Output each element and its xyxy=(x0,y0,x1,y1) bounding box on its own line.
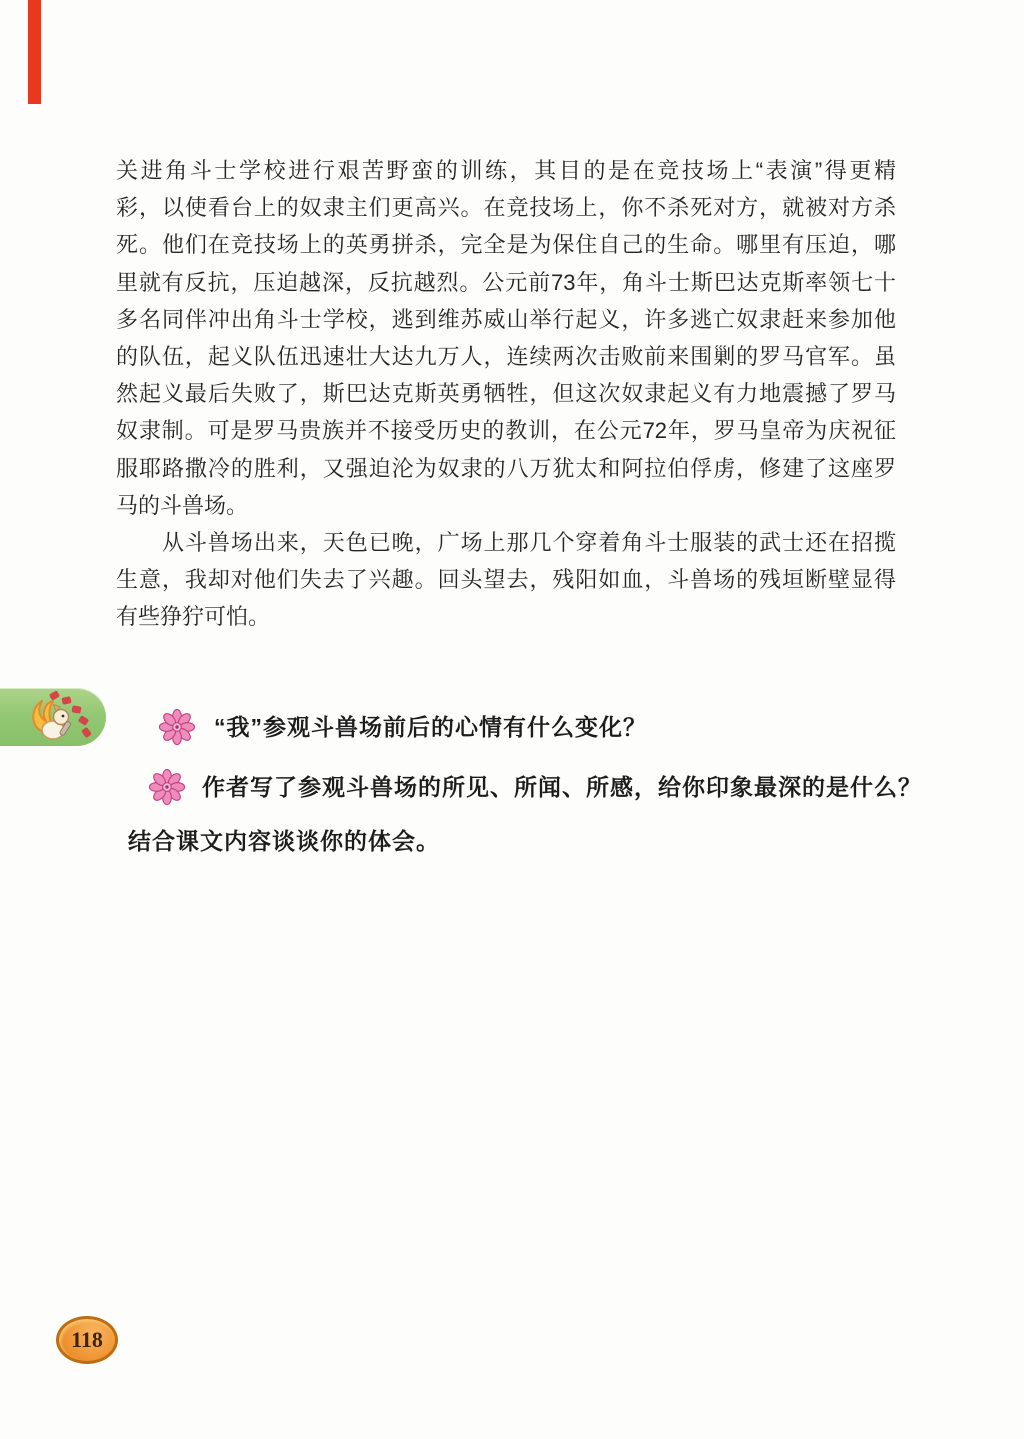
section-side-tab xyxy=(0,688,106,746)
text-line: 多名同伴冲出角斗士学校，逃到维苏威山举行起义，许多逃亡奴隶赶来参加他 xyxy=(116,301,896,338)
text-line: 的队伍，起义队伍迅速壮大达九万人，连续两次击败前来围剿的罗马官军。虽 xyxy=(116,338,896,375)
lesson-text: 关进角斗士学校进行艰苦野蛮的训练，其目的是在竞技场上“表演”得更精 彩，以使看台… xyxy=(116,152,896,635)
arc-decoration xyxy=(78,715,89,726)
flower-bullet-icon xyxy=(148,768,186,806)
question-text: 作者写了参观斗兽场的所见、所闻、所感，给你印象最深的是什么？ xyxy=(202,768,922,806)
text-line: 然起义最后失败了，斯巴达克斯英勇牺牲，但这次奴隶起义有力地震撼了罗马 xyxy=(116,375,896,412)
text-line: 奴隶制。可是罗马贵族并不接受历史的教训，在公元72年，罗马皇帝为庆祝征 xyxy=(116,412,896,449)
arc-decoration xyxy=(81,727,92,738)
text-line: 马的斗兽场。 xyxy=(116,487,896,524)
question-item: 作者写了参观斗兽场的所见、所闻、所感，给你印象最深的是什么？ xyxy=(148,768,922,806)
text-line: 死。他们在竞技场上的英勇拼杀，完全是为保住自己的生命。哪里有压迫，哪 xyxy=(116,226,896,263)
text-line: 从斗兽场出来，天色已晚，广场上那几个穿着角斗士服装的武士还在招揽 xyxy=(116,524,896,561)
question-text: “我”参观斗兽场前后的心情有什么变化？ xyxy=(214,708,647,746)
arc-decoration xyxy=(71,705,81,713)
text-line: 彩，以使看台上的奴隶主们更高兴。在竞技场上，你不杀死对方，就被对方杀 xyxy=(116,189,896,226)
text-line: 里就有反抗，压迫越深，反抗越烈。公元前73年，角斗士斯巴达克斯率领七十 xyxy=(116,264,896,301)
flower-bullet-icon xyxy=(158,708,196,746)
red-marker-bar xyxy=(28,0,41,104)
page-number: 118 xyxy=(71,1327,103,1353)
text-line: 有些狰狞可怕。 xyxy=(116,598,896,635)
text-line: 服耶路撒冷的胜利，又强迫沦为奴隶的八万犹太和阿拉伯俘虏，修建了这座罗 xyxy=(116,450,896,487)
question-text-continued: 结合课文内容谈谈你的体会。 xyxy=(128,822,440,860)
text-line: 关进角斗士学校进行艰苦野蛮的训练，其目的是在竞技场上“表演”得更精 xyxy=(116,152,896,189)
question-item: “我”参观斗兽场前后的心情有什么变化？ xyxy=(158,708,647,746)
page-number-badge: 118 xyxy=(56,1316,118,1364)
text-line: 生意，我却对他们失去了兴趣。回头望去，残阳如血，斗兽场的残垣断壁显得 xyxy=(116,561,896,598)
